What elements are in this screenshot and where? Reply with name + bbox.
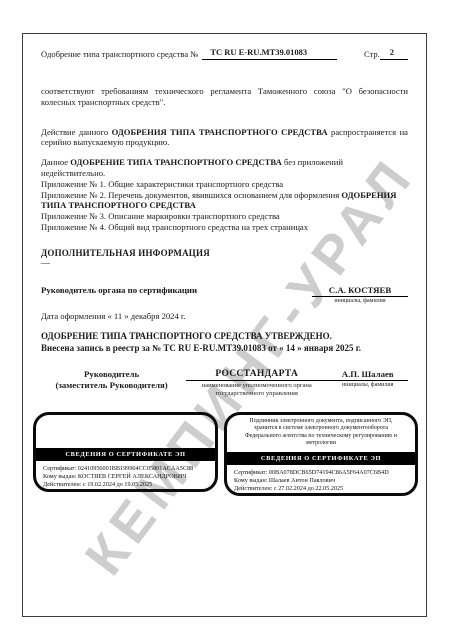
approval-number-value: ТС RU E-RU.MT39.01083 <box>202 47 337 60</box>
annex-3-line: Приложение № 3. Описание маркировки тран… <box>41 211 408 222</box>
registry-org-caption-line2: государственного управления <box>186 390 327 398</box>
registry-signature-block: А.П. Шалаев инициалы, фамилия <box>327 369 408 389</box>
registry-head-name: А.П. Шалаев <box>327 369 408 381</box>
document-page-border: Одобрение типа транспортного средства № … <box>22 33 427 617</box>
right-stamp-certificate-number: Сертификат: 00BA078DCB65D74194C86A5F64A0… <box>234 469 408 477</box>
registry-signature-row: Руководитель (заместитель Руководителя) … <box>41 369 408 398</box>
right-stamp-certificate-bar: СВЕДЕНИЯ О СЕРТИФИКАТЕ ЭП <box>227 452 415 465</box>
approval-number-label: Одобрение типа транспортного средства № <box>41 49 198 60</box>
annex-1-line: Приложение № 1. Общие характеристики тра… <box>41 179 408 190</box>
signature-stamps-row: СВЕДЕНИЯ О СЕРТИФИКАТЕ ЭП Сертификат: 02… <box>33 412 418 496</box>
annex-intro-pre: Данное <box>41 157 68 167</box>
page-number: 2 <box>380 47 408 60</box>
left-stamp-owner: Кому выдан: КОСТЯЕВ СЕРГЕЙ АЛЕКСАНДРОВИЧ <box>43 473 208 481</box>
left-signature-stamp: СВЕДЕНИЯ О СЕРТИФИКАТЕ ЭП Сертификат: 02… <box>33 412 218 492</box>
certification-name-caption: инициалы, фамилия <box>312 297 408 305</box>
left-stamp-validity: Действителен: с 19.02.2024 до 19.05.2025 <box>43 481 208 489</box>
right-stamp-validity: Действителен: с 27.02.2024 до 22.05.2025 <box>234 485 408 493</box>
left-stamp-certificate-bar: СВЕДЕНИЯ О СЕРТИФИКАТЕ ЭП <box>36 448 215 461</box>
annex-2-line: Приложение № 2. Перечень документов, яви… <box>41 190 408 212</box>
right-stamp-owner: Кому выдан: Шалаев Антон Павлович <box>234 477 408 485</box>
paragraph-validity-bold: ОДОБРЕНИЯ ТИПА ТРАНСПОРТНОГО СРЕДСТВА <box>112 127 328 137</box>
annex-intro-bold: ОДОБРЕНИЕ ТИПА ТРАНСПОРТНОГО СРЕДСТВА <box>70 157 282 167</box>
registry-head-title-line1: Руководитель <box>41 369 182 381</box>
paragraph-validity-pre: Действие данного <box>41 127 108 137</box>
right-stamp-note-line3: Федерального агентства по техническому р… <box>231 433 411 440</box>
left-stamp-certificate-number: Сертификат: 02410956001BB199904CC05801AC… <box>43 465 208 473</box>
registry-head-title: Руководитель (заместитель Руководителя) <box>41 369 182 392</box>
paragraph-validity-scope: Действие данного ОДОБРЕНИЯ ТИПА ТРАНСПОР… <box>41 127 408 149</box>
annex-4-line: Приложение № 4. Общий вид транспортного … <box>41 222 408 233</box>
left-stamp-empty-area <box>36 415 215 449</box>
approval-statement: ОДОБРЕНИЕ ТИПА ТРАНСПОРТНОГО СРЕДСТВА УТ… <box>41 331 408 355</box>
additional-info-value: — <box>41 258 408 268</box>
document-content: Одобрение типа транспортного средства № … <box>23 34 426 616</box>
right-stamp-note-line2: хранится в системе электронного документ… <box>231 425 411 432</box>
page-label: Стр. <box>364 49 380 60</box>
registry-org-block: РОССТАНДАРТА наименование уполномоченног… <box>186 369 327 398</box>
approval-statement-line2: Внесена запись в реестр за № ТС RU E-RU.… <box>41 343 408 355</box>
right-signature-stamp: Подлинник электронного документа, подпис… <box>224 412 418 496</box>
registry-head-title-line2: (заместитель Руководителя) <box>41 380 182 392</box>
right-stamp-certificate-info: Сертификат: 00BA078DCB65D74194C86A5F64A0… <box>227 465 415 493</box>
document-header: Одобрение типа транспортного средства № … <box>41 47 408 60</box>
certification-head-name: С.А. КОСТЯЕВ <box>312 285 408 297</box>
registry-name-caption: инициалы, фамилия <box>327 381 408 389</box>
annex-intro-line: Данное ОДОБРЕНИЕ ТИПА ТРАНСПОРТНОГО СРЕД… <box>41 157 408 179</box>
right-stamp-note: Подлинник электронного документа, подпис… <box>227 415 415 453</box>
registry-org-caption-line1: наименование уполномоченного органа <box>186 382 327 390</box>
certification-signature-block: С.А. КОСТЯЕВ инициалы, фамилия <box>312 285 408 305</box>
paragraph-annexes: Данное ОДОБРЕНИЕ ТИПА ТРАНСПОРТНОГО СРЕД… <box>41 157 408 233</box>
certification-signature-row: Руководитель органа по сертификации С.А.… <box>41 285 408 305</box>
annex-2-pre: Приложение № 2. Перечень документов, яви… <box>41 190 339 200</box>
certification-head-label: Руководитель органа по сертификации <box>41 285 197 295</box>
registry-org-name: РОССТАНДАРТА <box>186 369 327 381</box>
approval-statement-line1: ОДОБРЕНИЕ ТИПА ТРАНСПОРТНОГО СРЕДСТВА УТ… <box>41 331 408 343</box>
paragraph-compliance: соответствуют требованиям технического р… <box>41 86 408 108</box>
right-stamp-note-line4: метрологии <box>231 440 411 447</box>
issue-date-line: Дата оформления « 11 » декабря 2024 г. <box>41 311 408 321</box>
left-stamp-certificate-info: Сертификат: 02410956001BB199904CC05801AC… <box>36 461 215 489</box>
additional-info-title: ДОПОЛНИТЕЛЬНАЯ ИНФОРМАЦИЯ <box>41 248 408 258</box>
registry-org-caption: наименование уполномоченного органа госу… <box>186 381 327 398</box>
